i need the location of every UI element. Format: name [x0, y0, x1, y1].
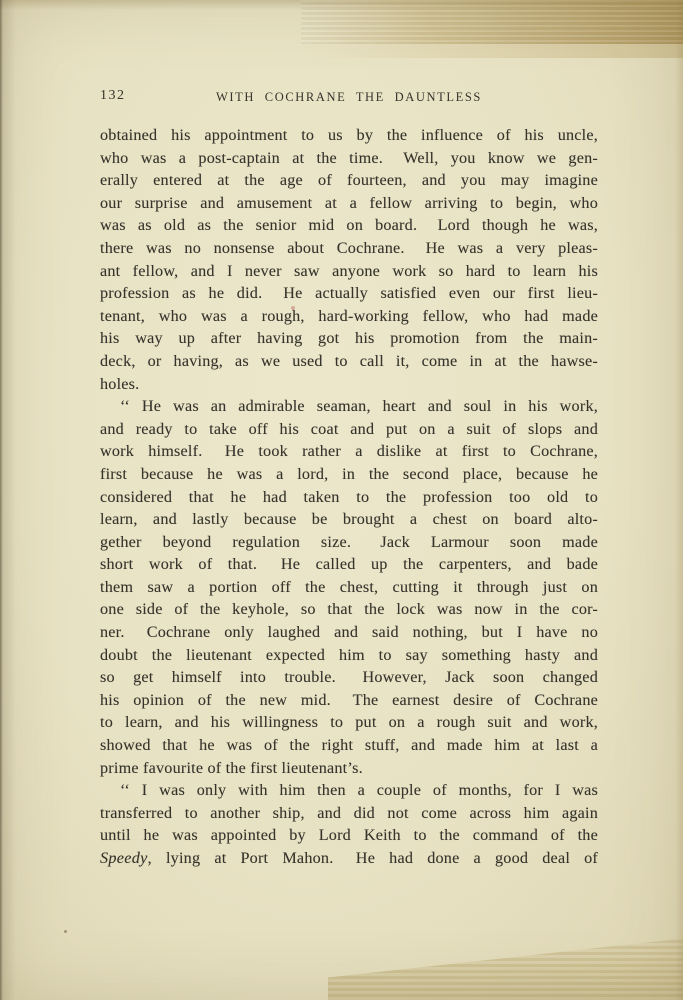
text-line: transferred to another ship, and did not… — [100, 802, 598, 825]
text-line: Speedy, lying at Port Mahon. He had done… — [100, 847, 598, 870]
paragraph: ‘‘ He was an admirable seaman, heart and… — [100, 395, 598, 779]
text-line: ant fellow, and I never saw anyone work … — [100, 260, 598, 283]
text-segment: and ready to take off his coat and put o… — [100, 420, 598, 438]
text-segment: , lying at Port Mahon. He had done a goo… — [148, 849, 598, 867]
text-segment: work himself. He took rather a dislike a… — [100, 442, 598, 460]
text-line: prime favourite of the first lieutenant’… — [100, 757, 598, 780]
page-edge-bottom-right — [328, 925, 683, 1000]
book-page-scan: 132 WITH COCHRANE THE DAUNTLESS obtained… — [0, 0, 683, 1000]
text-line: obtained his appointment to us by the in… — [100, 124, 598, 147]
text-line: work himself. He took rather a dislike a… — [100, 440, 598, 463]
body-text: obtained his appointment to us by the in… — [100, 124, 598, 870]
text-segment: first because he was a lord, in the seco… — [100, 465, 598, 483]
text-segment: ant fellow, and I never saw anyone work … — [100, 262, 598, 280]
text-segment: one side of the keyhole, so that the loc… — [100, 600, 598, 618]
text-line: tenant, who was a rough, hard-working fe… — [100, 305, 598, 328]
running-title: WITH COCHRANE THE DAUNTLESS — [100, 90, 598, 105]
text-line: considered that he had taken to the prof… — [100, 486, 598, 509]
text-line: one side of the keyhole, so that the loc… — [100, 598, 598, 621]
text-line: ‘‘ He was an admirable seaman, heart and… — [100, 395, 598, 418]
text-line: deck, or having, as we used to call it, … — [100, 350, 598, 373]
page-edge-left — [0, 0, 16, 1000]
paper-speck — [64, 930, 67, 933]
page-edge-right — [675, 0, 683, 1000]
text-segment: ‘‘ He was an admirable seaman, heart and… — [120, 397, 598, 415]
text-line: until he was appointed by Lord Keith to … — [100, 824, 598, 847]
text-segment: ner. Cochrane only laughed and said noth… — [100, 623, 598, 641]
text-line: holes. — [100, 373, 598, 396]
text-line: so get himself into trouble. However, Ja… — [100, 666, 598, 689]
text-segment: his way up after having got his promotio… — [100, 329, 598, 347]
text-line: erally entered at the age of fourteen, a… — [100, 169, 598, 192]
text-line: ‘‘ I was only with him then a couple of … — [100, 779, 598, 802]
text-line: profession as he did. He actually satisf… — [100, 282, 598, 305]
text-line: his opinion of the new mid. The earnest … — [100, 689, 598, 712]
text-segment: gether beyond regulation size. Jack Larm… — [100, 533, 598, 551]
text-segment: showed that he was of the right stuff, a… — [100, 736, 598, 754]
paragraph: ‘‘ I was only with him then a couple of … — [100, 779, 598, 869]
text-segment: considered that he had taken to the prof… — [100, 488, 598, 506]
text-line: short work of that. He called up the car… — [100, 553, 598, 576]
text-segment: so get himself into trouble. However, Ja… — [100, 668, 598, 686]
text-line: ner. Cochrane only laughed and said noth… — [100, 621, 598, 644]
text-segment: prime favourite of the first lieutenant’… — [100, 759, 363, 777]
paragraph: obtained his appointment to us by the in… — [100, 124, 598, 395]
text-line: them saw a portion off the chest, cuttin… — [100, 576, 598, 599]
running-head: 132 WITH COCHRANE THE DAUNTLESS — [100, 88, 598, 104]
text-segment: learn, and lastly because be brought a c… — [100, 510, 598, 528]
text-segment: them saw a portion off the chest, cuttin… — [100, 578, 598, 596]
text-segment: obtained his appointment to us by the in… — [100, 126, 598, 144]
text-segment: transferred to another ship, and did not… — [100, 804, 598, 822]
text-segment: ‘‘ I was only with him then a couple of … — [120, 781, 598, 799]
text-segment: deck, or having, as we used to call it, … — [100, 352, 598, 370]
text-segment: was as old as the senior mid on board. L… — [100, 216, 598, 234]
text-line: our surprise and amusement at a fellow a… — [100, 192, 598, 215]
text-line: first because he was a lord, in the seco… — [100, 463, 598, 486]
text-line: to learn, and his willingness to put on … — [100, 711, 598, 734]
text-segment: our surprise and amusement at a fellow a… — [100, 194, 598, 212]
text-segment: to learn, and his willingness to put on … — [100, 713, 598, 731]
text-segment: short work of that. He called up the car… — [100, 555, 598, 573]
text-segment: his opinion of the new mid. The earnest … — [100, 691, 598, 709]
text-line: learn, and lastly because be brought a c… — [100, 508, 598, 531]
text-segment: who was a post-captain at the time. Well… — [100, 149, 598, 167]
text-line: showed that he was of the right stuff, a… — [100, 734, 598, 757]
italic-ship-name: Speedy — [100, 849, 148, 867]
text-line: gether beyond regulation size. Jack Larm… — [100, 531, 598, 554]
text-line: there was no nonsense about Cochrane. He… — [100, 237, 598, 260]
text-line: his way up after having got his promotio… — [100, 327, 598, 350]
text-segment: until he was appointed by Lord Keith to … — [100, 826, 598, 844]
text-segment: doubt the lieutenant expected him to say… — [100, 646, 598, 664]
text-segment: there was no nonsense about Cochrane. He… — [100, 239, 598, 257]
text-segment: holes. — [100, 375, 139, 393]
text-line: who was a post-captain at the time. Well… — [100, 147, 598, 170]
text-segment: erally entered at the age of fourteen, a… — [100, 171, 598, 189]
text-segment: tenant, who was a rough, hard-working fe… — [100, 307, 598, 325]
text-line: was as old as the senior mid on board. L… — [100, 214, 598, 237]
text-segment: profession as he did. He actually satisf… — [100, 284, 598, 302]
text-line: and ready to take off his coat and put o… — [100, 418, 598, 441]
text-line: doubt the lieutenant expected him to say… — [100, 644, 598, 667]
page-edge-top-right — [301, 0, 683, 44]
